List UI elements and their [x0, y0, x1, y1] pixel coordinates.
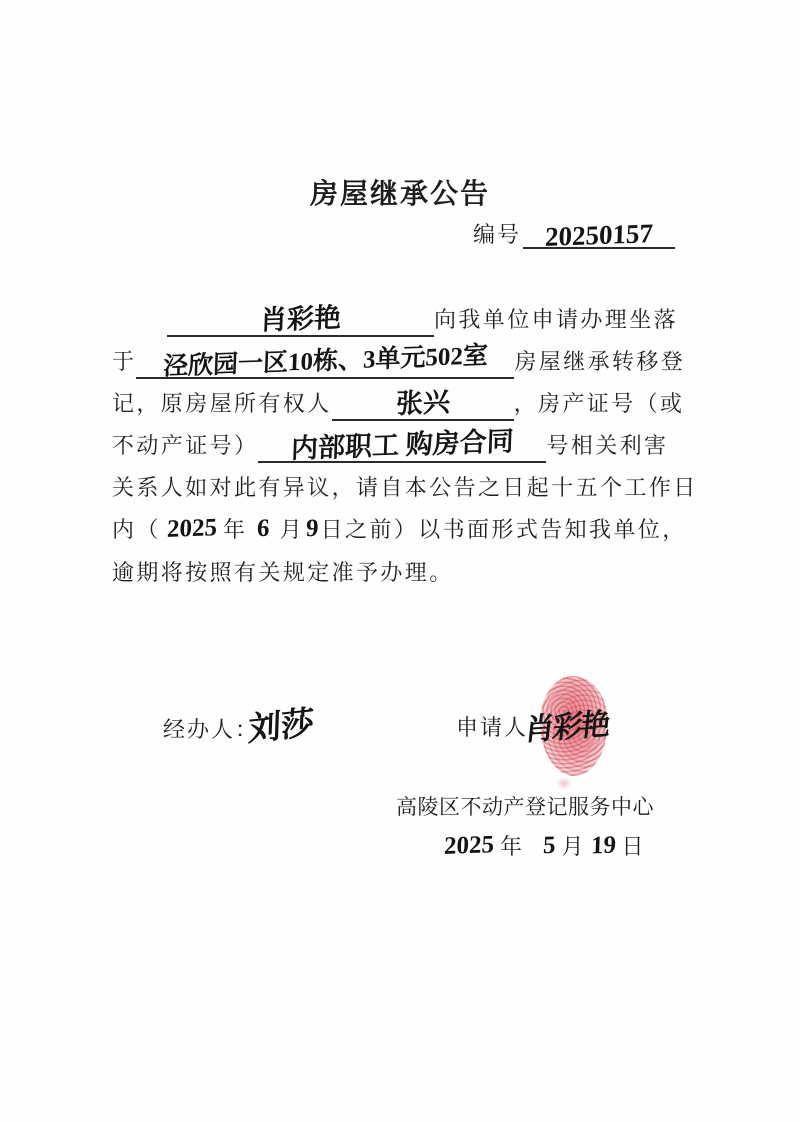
issue-month-handwritten: 5 — [543, 832, 556, 860]
body-line-1-text: 向我单位申请办理坐落 — [434, 307, 678, 332]
body-line-2-text: 房屋继承转移登 — [514, 349, 685, 374]
body-line-1: 肖彩艳向我单位申请办理坐落 — [112, 302, 712, 337]
body-line-2-pre: 于 — [112, 349, 136, 374]
body-line-3-pre: 记，原房屋所有权人 — [112, 391, 332, 416]
body-line-5: 关系人如对此有异议，请自本公告之日起十五个工作日 — [112, 471, 712, 505]
address-handwritten: 泾欣园一区10栋、3单元502室 — [162, 339, 488, 383]
body-line-7: 逾期将按照有关规定准予办理。 — [112, 556, 712, 590]
deadline-month-label: 月 — [280, 517, 304, 542]
issue-day-label: 日 — [622, 834, 645, 859]
handler-label: 经办人： — [163, 713, 259, 744]
body-line-2: 于泾欣园一区10栋、3单元502室房屋继承转移登 — [112, 344, 712, 379]
document-page: 房屋继承公告 编号20250157 肖彩艳向我单位申请办理坐落 于泾欣园一区10… — [0, 0, 800, 1122]
handler-signature: 刘莎 — [247, 696, 314, 750]
deadline-year-label: 年 — [223, 517, 247, 542]
issue-month-label: 月 — [562, 834, 585, 859]
address-blank: 泾欣园一区10栋、3单元502室 — [136, 344, 514, 379]
body-line-6-text: 日之前）以书面形式告知我单位， — [321, 517, 687, 542]
organization-name: 高陵区不动产登记服务中心 — [396, 791, 654, 821]
issue-year-handwritten: 2025 — [444, 831, 495, 861]
issue-year-label: 年 — [500, 834, 523, 859]
body-line-6-pre: 内（ — [112, 517, 161, 542]
issue-date-line: 2025年5月19日 — [438, 830, 645, 861]
body-line-7-text: 逾期将按照有关规定准予办理。 — [112, 560, 454, 585]
applicant-name-handwritten: 肖彩艳 — [259, 302, 341, 338]
body-line-3: 记，原房屋所有权人张兴，房产证号（或 — [112, 386, 712, 421]
issue-day-handwritten: 19 — [590, 832, 616, 861]
document-number-row: 编号20250157 — [473, 218, 675, 249]
certificate-number-blank: 内部职工 购房合同 — [258, 428, 546, 463]
number-label: 编号 — [473, 222, 521, 247]
owner-name-blank: 张兴 — [332, 386, 514, 421]
deadline-month-handwritten: 6 — [257, 512, 271, 546]
page-title: 房屋继承公告 — [0, 172, 800, 212]
body-line-5-text: 关系人如对此有异议，请自本公告之日起十五个工作日 — [112, 475, 698, 500]
applicant-signature: 肖彩艳 — [523, 699, 611, 749]
owner-name-handwritten: 张兴 — [395, 386, 450, 421]
number-underline: 20250157 — [523, 219, 675, 249]
applicant-name-blank: 肖彩艳 — [167, 302, 434, 337]
body-line-4: 不动产证号）内部职工 购房合同号相关利害 — [112, 428, 712, 463]
body-line-4-pre: 不动产证号） — [112, 433, 258, 458]
certificate-number-handwritten: 内部职工 购房合同 — [291, 425, 515, 466]
body-line-4-text: 号相关利害 — [546, 433, 668, 458]
number-handwritten-value: 20250157 — [545, 218, 654, 253]
body-line-6: 内（2025年6月9日之前）以书面形式告知我单位， — [112, 513, 712, 547]
deadline-year-handwritten: 2025 — [166, 511, 217, 547]
body-line-3-text: ，房产证号（或 — [514, 391, 685, 416]
deadline-day-handwritten: 9 — [306, 512, 320, 546]
